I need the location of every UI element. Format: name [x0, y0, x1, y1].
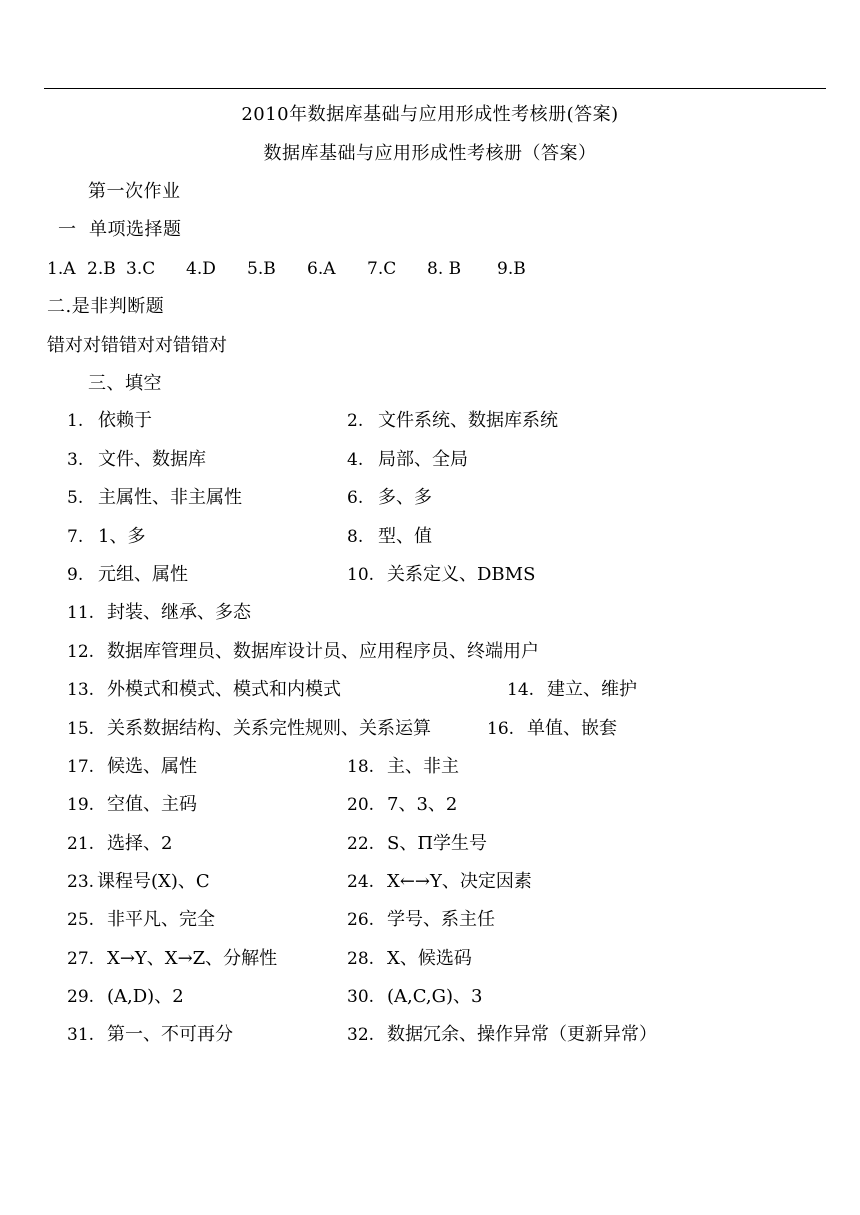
fill-blank-row: 7.1、多8.型、值 — [0, 526, 860, 548]
assignment-heading: 第一次作业 — [88, 181, 181, 203]
item-number: 8. — [347, 526, 363, 548]
section-heading-true-false: 二.是非判断题 — [47, 296, 164, 318]
fill-blank-row: 12.数据库管理员、数据库设计员、应用程序员、终端用户 — [0, 641, 860, 663]
item-answer: 元组、属性 — [98, 564, 188, 586]
item-answer: S、Π学生号 — [387, 833, 487, 855]
item-answer: 关系定义、DBMS — [387, 564, 535, 586]
choice-answer: 1.A — [47, 258, 76, 280]
fill-blank-row: 19.空值、主码20.7、3、2 — [0, 794, 860, 816]
choice-answer: 7.C — [367, 258, 396, 280]
item-answer: 多、多 — [378, 487, 432, 509]
item-answer: (A,D)、2 — [107, 986, 184, 1008]
fill-blank-row: 15.关系数据结构、关系完性规则、关系运算16.单值、嵌套 — [0, 718, 860, 740]
fill-blank-row: 17.候选、属性18.主、非主 — [0, 756, 860, 778]
item-answer: 建立、维护 — [547, 679, 637, 701]
choice-answer: 5.B — [247, 258, 276, 280]
item-answer: 依赖于 — [98, 410, 152, 432]
item-answer: 文件、数据库 — [98, 449, 206, 471]
choice-answer: 3.C — [126, 258, 155, 280]
item-number: 6. — [347, 487, 363, 509]
item-answer: X、候选码 — [387, 948, 472, 970]
choice-answer: 6.A — [307, 258, 336, 280]
item-number: 1. — [67, 410, 83, 432]
item-number: 32. — [347, 1024, 374, 1046]
item-number: 7. — [67, 526, 83, 548]
item-number: 10. — [347, 564, 374, 586]
document-subtitle: 数据库基础与应用形成性考核册（答案） — [0, 143, 860, 165]
choice-answer: 4.D — [186, 258, 216, 280]
item-number: 23. — [67, 871, 94, 893]
item-answer: 候选、属性 — [107, 756, 197, 778]
item-number: 24. — [347, 871, 374, 893]
item-answer: 单值、嵌套 — [527, 718, 617, 740]
fill-blank-row: 31.第一、不可再分32.数据冗余、操作异常（更新异常） — [0, 1024, 860, 1046]
item-number: 5. — [67, 487, 83, 509]
item-number: 22. — [347, 833, 374, 855]
item-answer: (A,C,G)、3 — [387, 986, 482, 1008]
choice-answer: 9.B — [497, 258, 526, 280]
item-number: 13. — [67, 679, 94, 701]
item-number: 30. — [347, 986, 374, 1008]
item-number: 9. — [67, 564, 83, 586]
item-answer: 7、3、2 — [387, 794, 457, 816]
item-answer: 空值、主码 — [107, 794, 197, 816]
item-answer: X→Y、X→Z、分解性 — [107, 948, 277, 970]
item-number: 3. — [67, 449, 83, 471]
item-answer: X←→Y、决定因素 — [387, 871, 532, 893]
item-answer: 文件系统、数据库系统 — [378, 410, 558, 432]
item-answer: 局部、全局 — [378, 449, 468, 471]
document-page: 2010年数据库基础与应用形成性考核册(答案) 数据库基础与应用形成性考核册（答… — [0, 0, 860, 1215]
item-number: 19. — [67, 794, 94, 816]
choice-answer: 2.B — [87, 258, 116, 280]
item-answer: 课程号(X)、C — [97, 871, 210, 893]
item-answer: 选择、2 — [107, 833, 172, 855]
item-number: 18. — [347, 756, 374, 778]
item-answer: 非平凡、完全 — [107, 909, 215, 931]
item-answer: 1、多 — [98, 526, 145, 548]
fill-blank-row: 21.选择、222.S、Π学生号 — [0, 833, 860, 855]
item-number: 14. — [507, 679, 534, 701]
fill-blank-row: 25.非平凡、完全26.学号、系主任 — [0, 909, 860, 931]
fill-blank-row: 29.(A,D)、230.(A,C,G)、3 — [0, 986, 860, 1008]
item-number: 20. — [347, 794, 374, 816]
item-number: 27. — [67, 948, 94, 970]
item-number: 28. — [347, 948, 374, 970]
item-answer: 封装、继承、多态 — [107, 602, 251, 624]
section-heading-single-choice: 一 单项选择题 — [58, 219, 181, 241]
item-answer: 数据冗余、操作异常（更新异常） — [387, 1024, 657, 1046]
item-number: 12. — [67, 641, 94, 663]
fill-blank-row: 9.元组、属性10.关系定义、DBMS — [0, 564, 860, 586]
section-heading-fill-blank: 三、填空 — [88, 373, 162, 395]
item-number: 16. — [487, 718, 514, 740]
item-answer: 主、非主 — [387, 756, 459, 778]
item-number: 31. — [67, 1024, 94, 1046]
fill-blank-row: 27.X→Y、X→Z、分解性28.X、候选码 — [0, 948, 860, 970]
document-title: 2010年数据库基础与应用形成性考核册(答案) — [0, 104, 860, 126]
item-number: 4. — [347, 449, 363, 471]
item-number: 15. — [67, 718, 94, 740]
header-rule — [44, 88, 826, 89]
item-number: 2. — [347, 410, 363, 432]
item-number: 29. — [67, 986, 94, 1008]
item-answer: 数据库管理员、数据库设计员、应用程序员、终端用户 — [107, 641, 539, 663]
item-number: 11. — [67, 602, 94, 624]
fill-blank-row: 13.外模式和模式、模式和内模式14.建立、维护 — [0, 679, 860, 701]
item-number: 21. — [67, 833, 94, 855]
item-answer: 学号、系主任 — [387, 909, 495, 931]
item-answer: 型、值 — [378, 526, 432, 548]
fill-blank-row: 11.封装、继承、多态 — [0, 602, 860, 624]
item-answer: 关系数据结构、关系完性规则、关系运算 — [107, 718, 431, 740]
true-false-answers: 错对对错错对对错错对 — [47, 335, 227, 357]
fill-blank-row: 23.课程号(X)、C24.X←→Y、决定因素 — [0, 871, 860, 893]
fill-blank-row: 3.文件、数据库4.局部、全局 — [0, 449, 860, 471]
item-number: 25. — [67, 909, 94, 931]
fill-blank-row: 1.依赖于2.文件系统、数据库系统 — [0, 410, 860, 432]
item-number: 17. — [67, 756, 94, 778]
choice-answer: 8. B — [427, 258, 461, 280]
item-number: 26. — [347, 909, 374, 931]
fill-blank-row: 5.主属性、非主属性6.多、多 — [0, 487, 860, 509]
item-answer: 外模式和模式、模式和内模式 — [107, 679, 341, 701]
item-answer: 第一、不可再分 — [107, 1024, 233, 1046]
item-answer: 主属性、非主属性 — [98, 487, 242, 509]
